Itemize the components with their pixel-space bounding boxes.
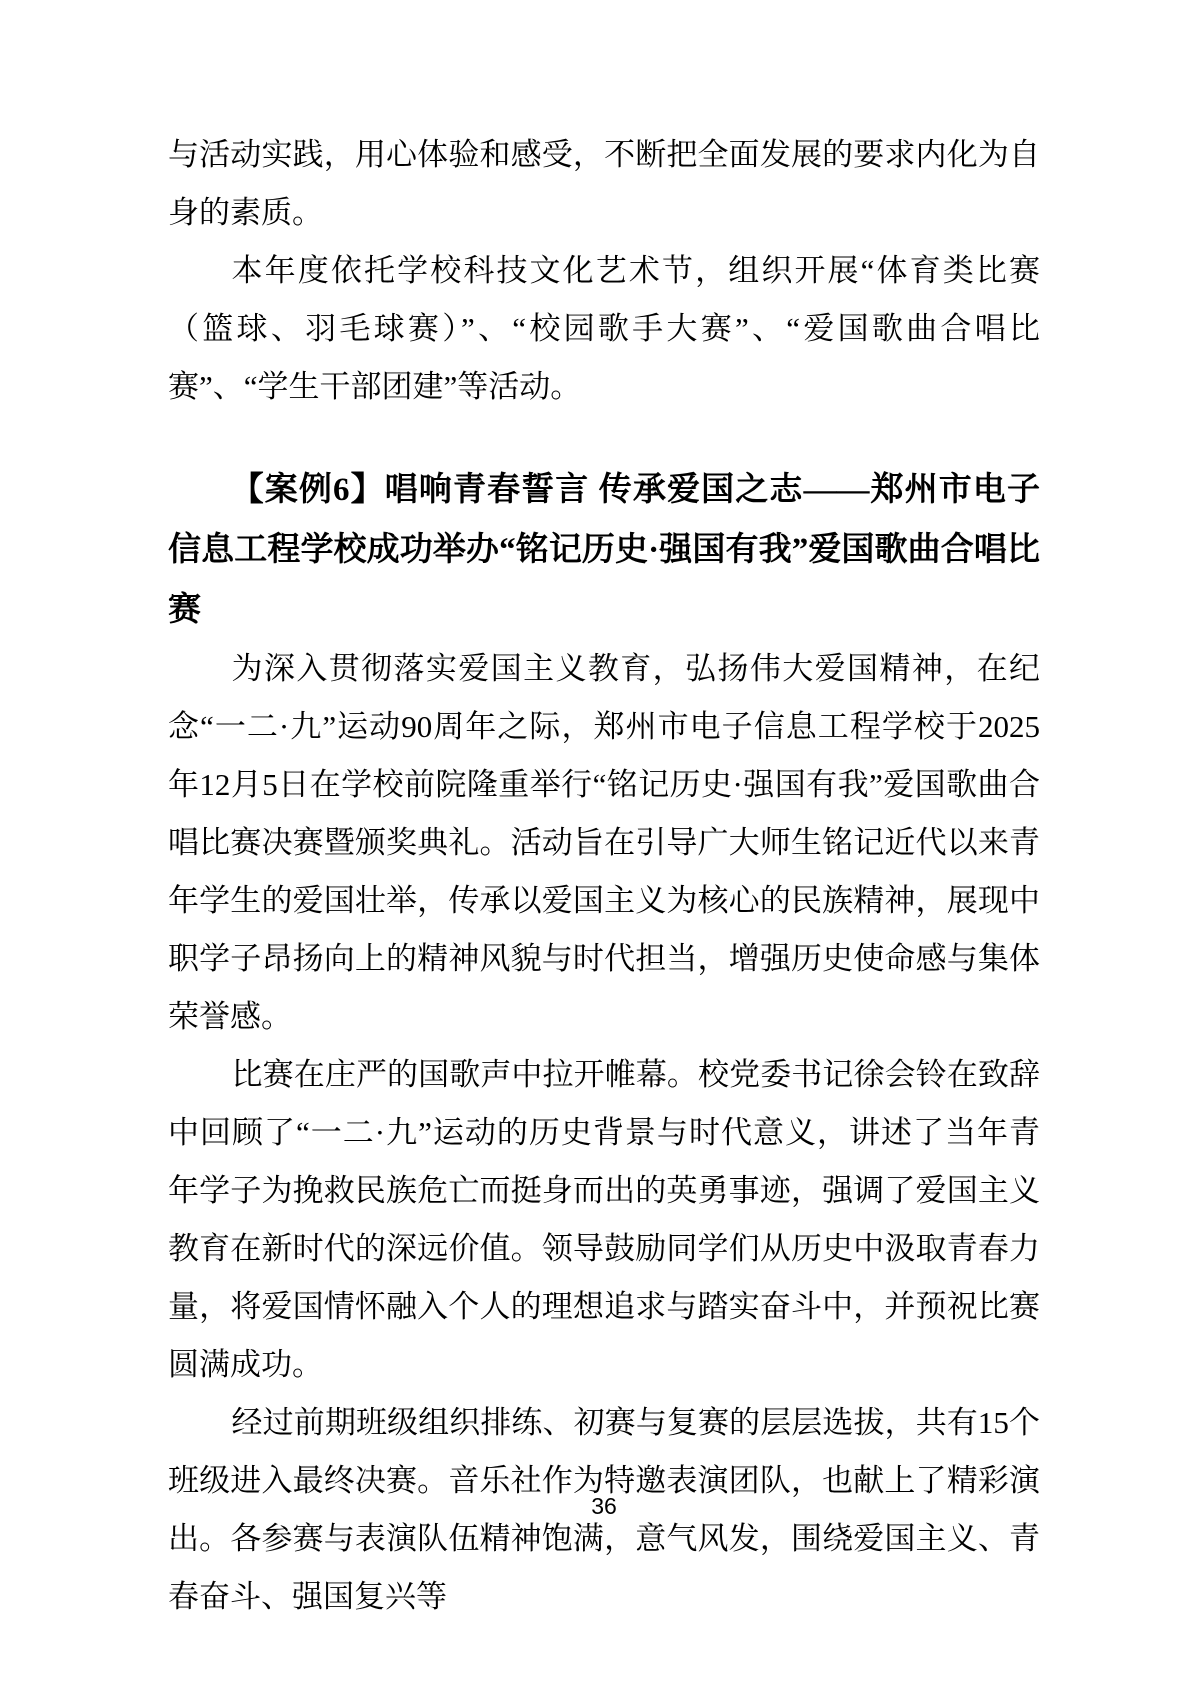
paragraph-event-intro: 为深入贯彻落实爱国主义教育，弘扬伟大爱国精神，在纪念“一二·九”运动90周年之际…	[168, 640, 1040, 1046]
case6-heading: 【案例6】唱响青春誓言 传承爱国之志——郑州市电子信息工程学校成功举办“铭记历史…	[168, 460, 1040, 640]
page-number: 36	[168, 1492, 1040, 1520]
paragraph-continuation: 与活动实践，用心体验和感受，不断把全面发展的要求内化为自身的素质。	[168, 126, 1040, 242]
paragraph-activities: 本年度依托学校科技文化艺术节，组织开展“体育类比赛（篮球、羽毛球赛）”、“校园歌…	[168, 242, 1040, 416]
document-page: 与活动实践，用心体验和感受，不断把全面发展的要求内化为自身的素质。 本年度依托学…	[0, 0, 1191, 1684]
paragraph-speech: 比赛在庄严的国歌声中拉开帷幕。校党委书记徐会铃在致辞中回顾了“一二·九”运动的历…	[168, 1046, 1040, 1394]
page-content: 与活动实践，用心体验和感受，不断把全面发展的要求内化为自身的素质。 本年度依托学…	[168, 126, 1040, 1626]
